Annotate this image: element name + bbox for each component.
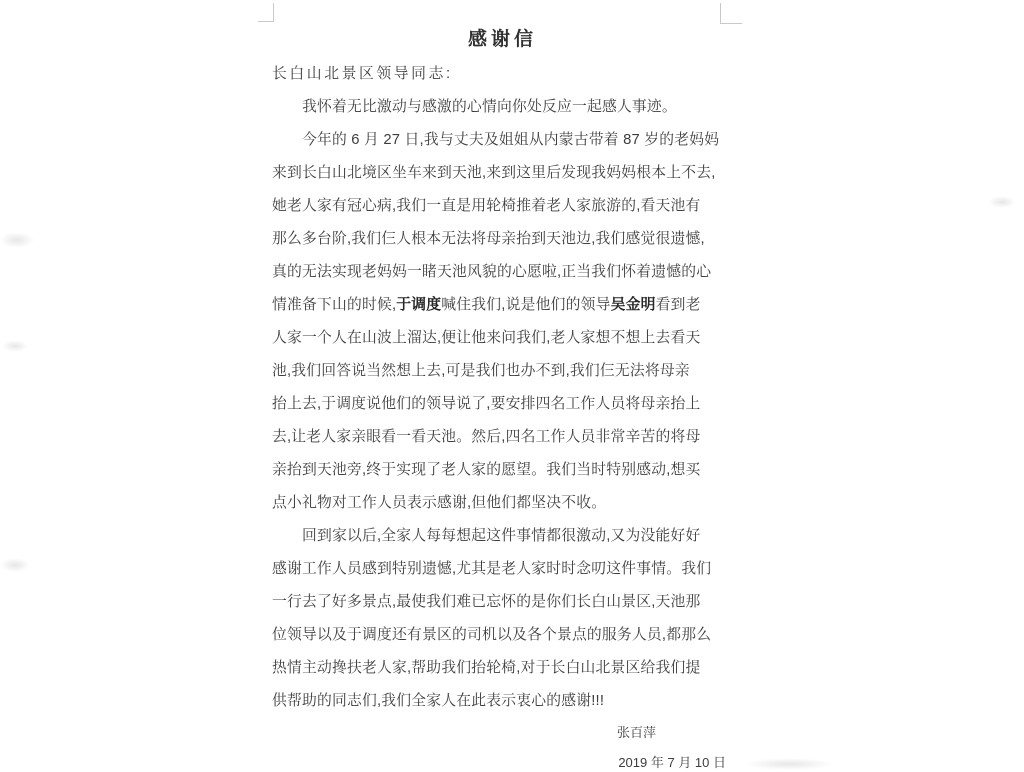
scan-artifact xyxy=(744,758,834,770)
paragraph-3-line: 供帮助的同志们,我们全家人在此表示衷心的感谢!!! xyxy=(272,685,733,718)
scan-artifact xyxy=(0,558,30,572)
line-segment: 喊住我们,说是他们的领导 xyxy=(441,297,610,313)
paragraph-1-line: 我怀着无比激动与感激的心情向你处反应一起感人事迹。 xyxy=(272,91,733,124)
paragraph-3-line: 热情主动搀扶老人家,帮助我们抬轮椅,对于长白山北景区给我们提 xyxy=(272,652,733,685)
paragraph-2-line: 亲抬到天池旁,终于实现了老人家的愿望。我们当时特别感动,想买 xyxy=(272,454,733,487)
line-segment: 看到老 xyxy=(656,297,701,313)
letter-salutation: 长白山北景区领导同志: xyxy=(272,58,733,91)
paragraph-2-line: 那么多台阶,我们仨人根本无法将母亲抬到天池边,我们感觉很遗憾, xyxy=(272,223,733,256)
letter-body: 感谢信 长白山北景区领导同志: 我怀着无比激动与感激的心情向你处反应一起感人事迹… xyxy=(272,22,733,772)
scan-artifact xyxy=(988,196,1016,208)
scan-artifact xyxy=(2,340,28,352)
text-boundary-mark-top-right xyxy=(720,3,742,24)
signature-name: 张百萍 xyxy=(272,718,733,748)
paragraph-2-line: 今年的 6 月 27 日,我与丈夫及姐姐从内蒙古带着 87 岁的老妈妈 xyxy=(272,124,733,157)
bold-person-name-wu-jinming: 吴金明 xyxy=(611,297,656,313)
paragraph-2-line: 她老人家有冠心病,我们一直是用轮椅推着老人家旅游的,看天池有 xyxy=(272,190,733,223)
paragraph-2-line: 抬上去,于调度说他们的领导说了,要安排四名工作人员将母亲抬上 xyxy=(272,388,733,421)
text-boundary-mark-top-left xyxy=(258,3,274,22)
scan-artifact xyxy=(0,232,34,248)
bold-person-name-yu-diaodu: 于调度 xyxy=(396,297,441,313)
letter-title: 感谢信 xyxy=(272,22,733,58)
document-page: 感谢信 长白山北景区领导同志: 我怀着无比激动与感激的心情向你处反应一起感人事迹… xyxy=(0,0,1024,772)
paragraph-2-line: 去,让老人家亲眼看一看天池。然后,四名工作人员非常辛苦的将母 xyxy=(272,421,733,454)
paragraph-2-line: 人家一个人在山波上溜达,便让他来问我们,老人家想不想上去看天 xyxy=(272,322,733,355)
paragraph-3-line: 感谢工作人员感到特别遗憾,尤其是老人家时时念叨这件事情。我们 xyxy=(272,553,733,586)
paragraph-3-line: 回到家以后,全家人每每想起这件事情都很激动,又为没能好好 xyxy=(272,520,733,553)
paragraph-2-line: 真的无法实现老妈妈一睹天池风貌的心愿啦,正当我们怀着遗憾的心 xyxy=(272,256,733,289)
line-segment: 情准备下山的时候, xyxy=(272,297,396,313)
paragraph-3-line: 一行去了好多景点,最使我们难已忘怀的是你们长白山景区,天池那 xyxy=(272,586,733,619)
paragraph-2-line: 来到长白山北境区坐车来到天池,来到这里后发现我妈妈根本上不去, xyxy=(272,157,733,190)
paragraph-2-line-with-bold-names: 情准备下山的时候,于调度喊住我们,说是他们的领导吴金明看到老 xyxy=(272,289,733,322)
paragraph-2-line: 点小礼物对工作人员表示感谢,但他们都坚决不收。 xyxy=(272,487,733,520)
paragraph-2-line: 池,我们回答说当然想上去,可是我们也办不到,我们仨无法将母亲 xyxy=(272,355,733,388)
signature-date: 2019 年 7 月 10 日 xyxy=(272,748,733,772)
paragraph-3-line: 位领导以及于调度还有景区的司机以及各个景点的服务人员,都那么 xyxy=(272,619,733,652)
